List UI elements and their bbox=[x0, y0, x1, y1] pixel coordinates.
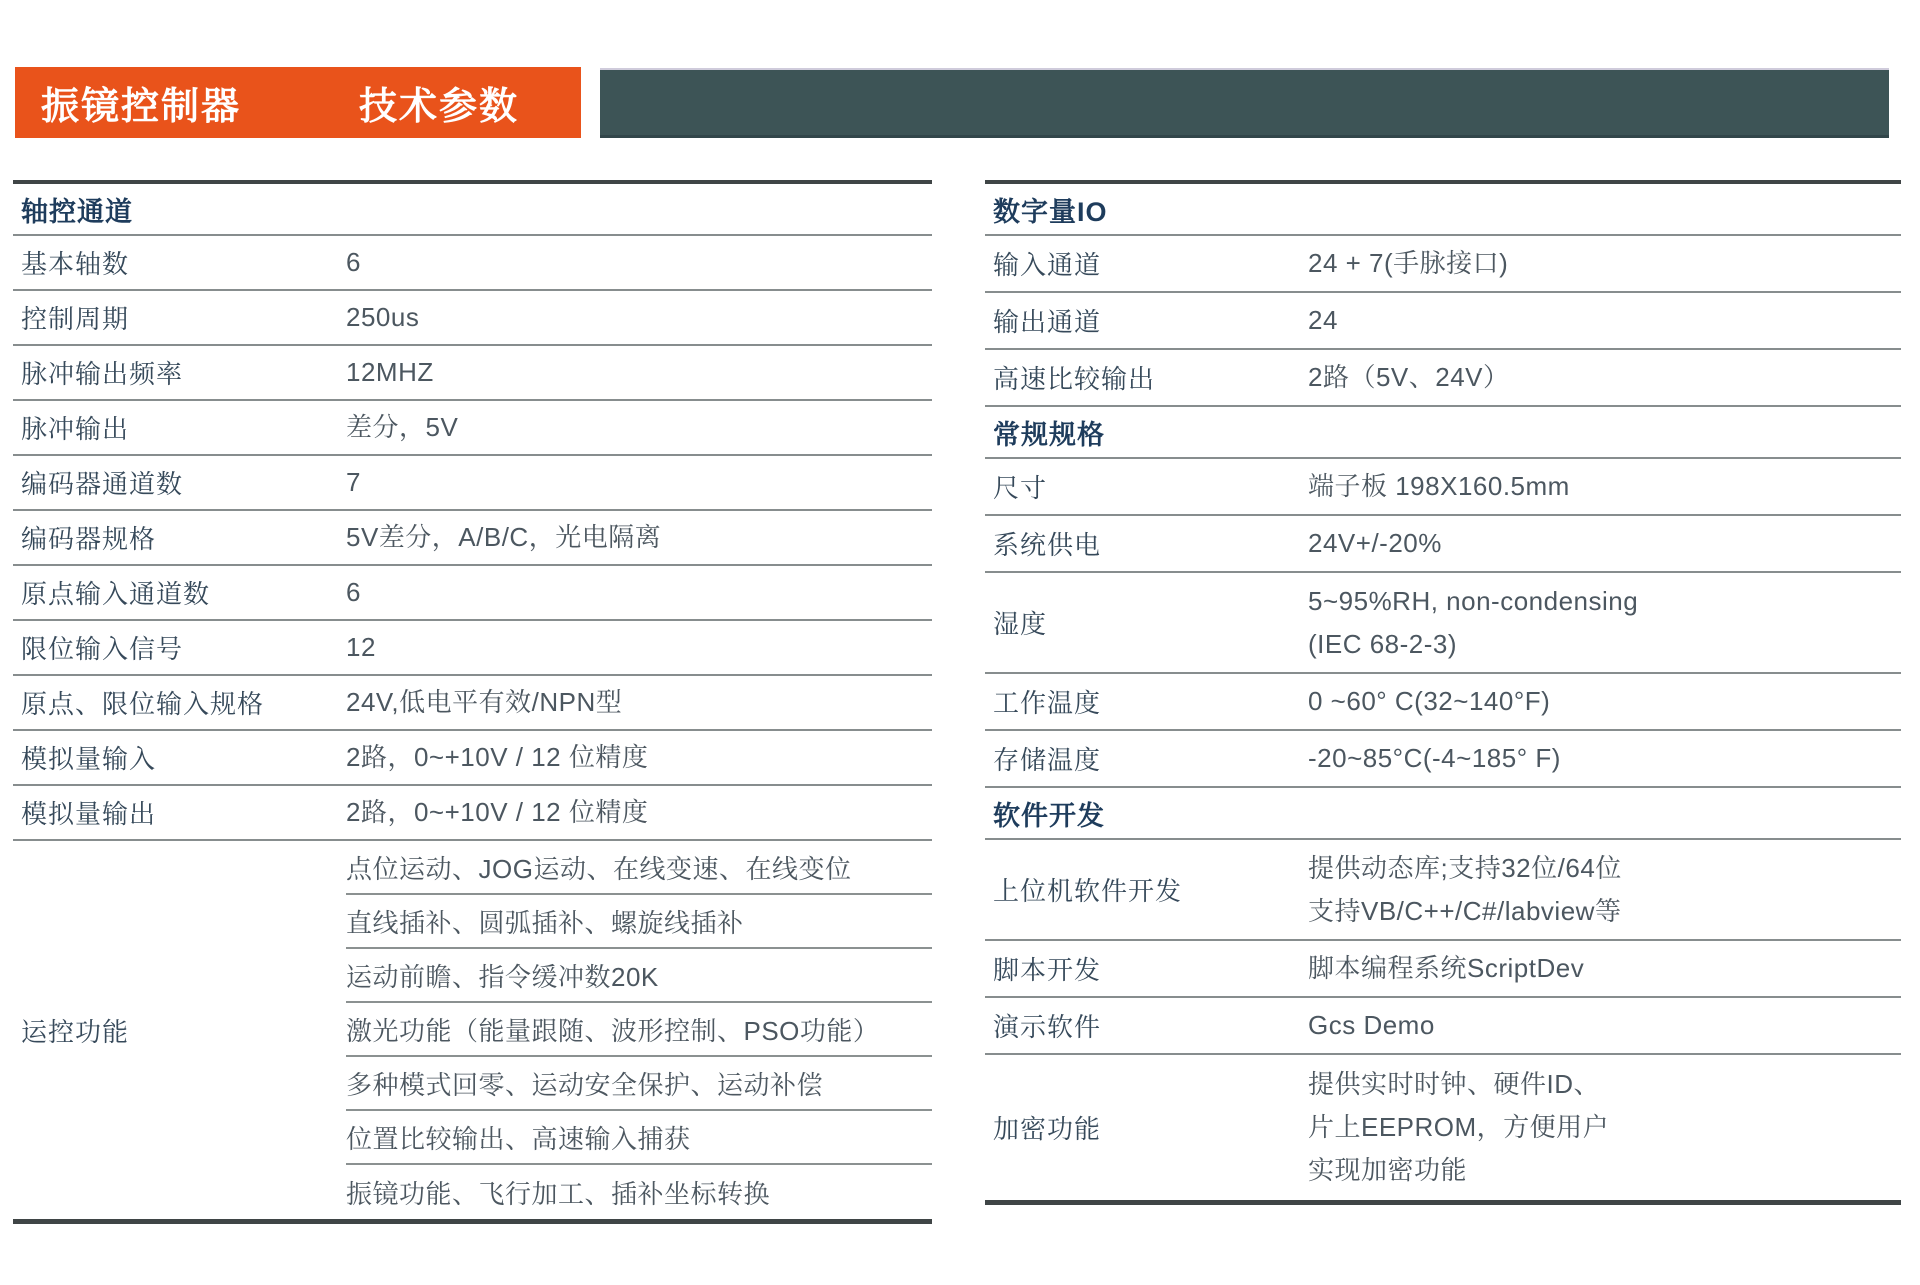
group-sub-row: 多种模式回零、运动安全保护、运动补偿 bbox=[346, 1057, 932, 1111]
group-sub-row: 位置比较输出、高速输入捕获 bbox=[346, 1111, 932, 1165]
spec-value-line: 5~95%RH, non-condensing bbox=[1308, 580, 1638, 623]
table-row: 尺寸端子板 198X160.5mm bbox=[985, 459, 1901, 516]
spec-label: 编码器规格 bbox=[13, 519, 346, 556]
spec-label: 脚本开发 bbox=[985, 950, 1308, 987]
table-row: 控制周期250us bbox=[13, 291, 932, 346]
table-row: 存储温度-20~85°C(-4~185° F) bbox=[985, 731, 1901, 788]
spec-value: 24 + 7(手脉接口) bbox=[1308, 242, 1508, 285]
spec-value: 7 bbox=[346, 461, 361, 504]
spec-label: 输入通道 bbox=[985, 245, 1308, 282]
section-title: 轴控通道 bbox=[13, 190, 133, 229]
section-header-row: 常规规格 bbox=[985, 407, 1901, 459]
table-row: 上位机软件开发提供动态库;支持32位/64位支持VB/C++/C#/labvie… bbox=[985, 840, 1901, 941]
spec-label: 原点、限位输入规格 bbox=[13, 684, 346, 721]
header-bar bbox=[600, 68, 1889, 138]
spec-value: 24 bbox=[1308, 299, 1338, 342]
spec-value: 0 ~60° C(32~140°F) bbox=[1308, 680, 1550, 723]
spec-label: 系统供电 bbox=[985, 525, 1308, 562]
group-sub-row: 运动前瞻、指令缓冲数20K bbox=[346, 949, 932, 1003]
table-row: 输入通道24 + 7(手脉接口) bbox=[985, 236, 1901, 293]
spec-value-line: 片上EEPROM，方便用户 bbox=[1308, 1106, 1609, 1149]
spec-label: 上位机软件开发 bbox=[985, 871, 1308, 908]
table-row: 模拟量输入2路，0~+10V / 12 位精度 bbox=[13, 731, 932, 786]
spec-value-line: 提供实时时钟、硬件ID、 bbox=[1308, 1063, 1609, 1106]
spec-label: 模拟量输出 bbox=[13, 794, 346, 831]
spec-label: 存储温度 bbox=[985, 740, 1308, 777]
spec-label: 编码器通道数 bbox=[13, 464, 346, 501]
spec-label: 原点输入通道数 bbox=[13, 574, 346, 611]
table-row: 编码器通道数7 bbox=[13, 456, 932, 511]
table-row: 高速比较输出2路（5V、24V） bbox=[985, 350, 1901, 407]
spec-value: Gcs Demo bbox=[1308, 1004, 1435, 1047]
spec-label: 尺寸 bbox=[985, 468, 1308, 505]
section-title: 常规规格 bbox=[985, 413, 1105, 452]
spec-label: 输出通道 bbox=[985, 302, 1308, 339]
spec-label: 工作温度 bbox=[985, 683, 1308, 720]
table-row: 基本轴数6 bbox=[13, 236, 932, 291]
spec-value: 2路（5V、24V） bbox=[1308, 356, 1510, 399]
table-row: 工作温度0 ~60° C(32~140°F) bbox=[985, 674, 1901, 731]
table-row: 运控功能点位运动、JOG运动、在线变速、在线变位直线插补、圆弧插补、螺旋线插补运… bbox=[13, 841, 932, 1219]
table-row: 编码器规格5V差分，A/B/C，光电隔离 bbox=[13, 511, 932, 566]
table-row: 限位输入信号12 bbox=[13, 621, 932, 676]
spec-label: 基本轴数 bbox=[13, 244, 346, 281]
table-row: 加密功能提供实时时钟、硬件ID、片上EEPROM，方便用户实现加密功能 bbox=[985, 1055, 1901, 1200]
group-value-column: 点位运动、JOG运动、在线变速、在线变位直线插补、圆弧插补、螺旋线插补运动前瞻、… bbox=[346, 841, 932, 1219]
group-sub-row: 直线插补、圆弧插补、螺旋线插补 bbox=[346, 895, 932, 949]
spec-value-line: (IEC 68-2-3) bbox=[1308, 623, 1638, 666]
spec-value: 6 bbox=[346, 571, 361, 614]
group-sub-row: 激光功能（能量跟随、波形控制、PSO功能） bbox=[346, 1003, 932, 1057]
spec-value: 差分，5V bbox=[346, 406, 458, 449]
table-row: 模拟量输出2路，0~+10V / 12 位精度 bbox=[13, 786, 932, 841]
spec-label: 高速比较输出 bbox=[985, 359, 1308, 396]
section-header-row: 软件开发 bbox=[985, 788, 1901, 840]
section-title: 数字量IO bbox=[985, 190, 1108, 229]
spec-label: 脉冲输出 bbox=[13, 409, 346, 446]
table-row: 湿度5~95%RH, non-condensing(IEC 68-2-3) bbox=[985, 573, 1901, 674]
spec-label: 加密功能 bbox=[985, 1109, 1308, 1146]
spec-label: 运控功能 bbox=[13, 841, 346, 1219]
section-title: 软件开发 bbox=[985, 794, 1105, 833]
spec-label: 脉冲输出频率 bbox=[13, 354, 346, 391]
spec-value: 24V,低电平有效/NPN型 bbox=[346, 681, 622, 724]
group-sub-row: 振镜功能、飞行加工、插补坐标转换 bbox=[346, 1165, 932, 1219]
spec-value: 5V差分，A/B/C，光电隔离 bbox=[346, 516, 661, 559]
product-title: 振镜控制器 bbox=[41, 75, 241, 130]
spec-value: 250us bbox=[346, 296, 419, 339]
spec-value: 提供动态库;支持32位/64位支持VB/C++/C#/labview等 bbox=[1308, 847, 1622, 933]
spec-label: 限位输入信号 bbox=[13, 629, 346, 666]
table-row: 脚本开发脚本编程系统ScriptDev bbox=[985, 941, 1901, 998]
spec-value: -20~85°C(-4~185° F) bbox=[1308, 737, 1561, 780]
spec-label: 控制周期 bbox=[13, 299, 346, 336]
table-row: 脉冲输出频率12MHZ bbox=[13, 346, 932, 401]
spec-label: 湿度 bbox=[985, 604, 1308, 641]
spec-value: 提供实时时钟、硬件ID、片上EEPROM，方便用户实现加密功能 bbox=[1308, 1063, 1609, 1192]
title-banner: 振镜控制器 技术参数 bbox=[15, 67, 581, 138]
group-sub-row: 点位运动、JOG运动、在线变速、在线变位 bbox=[346, 841, 932, 895]
left-spec-table: 轴控通道基本轴数6控制周期250us脉冲输出频率12MHZ脉冲输出差分，5V编码… bbox=[13, 180, 932, 1224]
spec-value-line: 实现加密功能 bbox=[1308, 1149, 1609, 1192]
spec-label: 模拟量输入 bbox=[13, 739, 346, 776]
spec-value-line: 支持VB/C++/C#/labview等 bbox=[1308, 890, 1622, 933]
table-row: 系统供电24V+/-20% bbox=[985, 516, 1901, 573]
page-subtitle: 技术参数 bbox=[359, 75, 519, 130]
table-row: 原点输入通道数6 bbox=[13, 566, 932, 621]
spec-value: 24V+/-20% bbox=[1308, 522, 1442, 565]
spec-value: 12 bbox=[346, 626, 376, 669]
spec-value: 12MHZ bbox=[346, 351, 434, 394]
table-row: 输出通道24 bbox=[985, 293, 1901, 350]
spec-value-line: 提供动态库;支持32位/64位 bbox=[1308, 847, 1622, 890]
spec-value: 2路，0~+10V / 12 位精度 bbox=[346, 736, 648, 779]
spec-value: 脚本编程系统ScriptDev bbox=[1308, 947, 1584, 990]
spec-value: 端子板 198X160.5mm bbox=[1308, 465, 1570, 508]
table-row: 脉冲输出差分，5V bbox=[13, 401, 932, 456]
spec-value: 6 bbox=[346, 241, 361, 284]
table-row: 原点、限位输入规格24V,低电平有效/NPN型 bbox=[13, 676, 932, 731]
table-row: 演示软件Gcs Demo bbox=[985, 998, 1901, 1055]
right-spec-table: 数字量IO输入通道24 + 7(手脉接口)输出通道24高速比较输出2路（5V、2… bbox=[985, 180, 1901, 1205]
spec-label: 演示软件 bbox=[985, 1007, 1308, 1044]
spec-value: 2路，0~+10V / 12 位精度 bbox=[346, 791, 648, 834]
spec-value: 5~95%RH, non-condensing(IEC 68-2-3) bbox=[1308, 580, 1638, 666]
section-header-row: 轴控通道 bbox=[13, 184, 932, 236]
section-header-row: 数字量IO bbox=[985, 184, 1901, 236]
